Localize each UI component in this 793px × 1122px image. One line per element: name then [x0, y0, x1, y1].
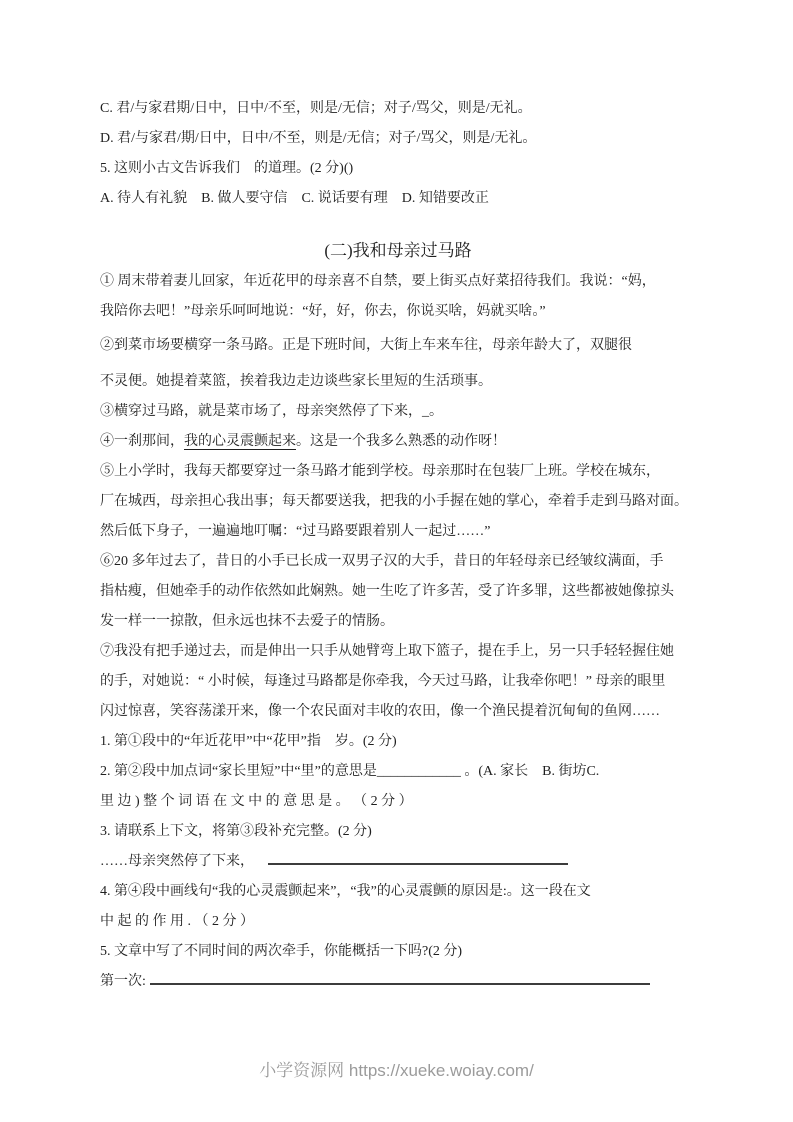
question-5: 5. 文章中写了不同时间的两次牵手，你能概括一下吗?(2 分) [100, 937, 696, 967]
paragraph-6-line-2: 指枯瘦，但她牵手的动作依然如此娴熟。她一生吃了许多苦，受了许多罪，这些都被她像掠… [100, 577, 696, 607]
question-5-answer-blank [150, 970, 650, 985]
paragraph-4: ④一刹那间，我的心灵震颤起来。这是一个我多么熟悉的动作呀！ [100, 427, 696, 457]
paragraph-7-line-3: 闪过惊喜，笑容荡漾开来，像一个农民面对丰收的农田，像一个渔民提着沉甸甸的鱼网…… [100, 697, 696, 727]
paragraph-4-underlined-phrase: 我的心灵震颤起来 [184, 434, 296, 449]
question-3-answer-label: ……母亲突然停了下来， [100, 854, 254, 869]
question-5-ancient-stem: 5. 这则小古文告诉我们 的道理。(2 分)() [100, 154, 696, 184]
watermark-site-url: https://xueke.woiay.com/ [349, 1061, 534, 1080]
paragraph-2-line-2: 不灵便。她提着菜篮，挨着我边走边谈些家长里短的生活琐事。 [100, 367, 696, 397]
question-5-answer-line: 第一次: [100, 967, 696, 997]
question-1: 1. 第①段中的“年近花甲”中“花甲”指 岁。(2 分) [100, 727, 696, 757]
paragraph-6-line-1: ⑥20 多年过去了，昔日的小手已长成一双男子汉的大手，昔日的年轻母亲已经皱纹满面… [100, 547, 696, 577]
exam-page: C. 君/与家君期/日中，日中/不至，则是/无信；对子/骂父，则是/无礼。 D.… [0, 0, 793, 1122]
question-3-answer-line: ……母亲突然停了下来， [100, 847, 696, 877]
paragraph-4-post: 。这是一个我多么熟悉的动作呀！ [296, 434, 506, 449]
exam-content: C. 君/与家君期/日中，日中/不至，则是/无信；对子/骂父，则是/无礼。 D.… [100, 94, 696, 997]
paragraph-6-line-3: 发一样一一掠散，但永远也抹不去爱子的情肠。 [100, 607, 696, 637]
question-2-line-2: 里 边 ) 整 个 词 语 在 文 中 的 意 思 是 。 （ 2 分 ） [100, 787, 696, 817]
question-3-answer-blank [268, 850, 568, 865]
watermark-site-name: 小学资源网 [259, 1061, 344, 1080]
paragraph-2-line-1: ②到菜市场要横穿一条马路。正是下班时间，大街上车来车往，母亲年龄大了，双腿很 [100, 331, 696, 361]
paragraph-4-pre: ④一刹那间， [100, 434, 184, 449]
question-5-ancient-options: A. 待人有礼貌 B. 做人要守信 C. 说话要有理 D. 知错要改正 [100, 184, 696, 214]
paragraph-7-line-1: ⑦我没有把手递过去，而是伸出一只手从她臂弯上取下篮子，提在手上，另一只手轻轻握住… [100, 637, 696, 667]
paragraph-5-line-2: 厂在城西，母亲担心我出事；每天都要送我，把我的小手握在她的掌心，牵着手走到马路对… [100, 487, 696, 517]
paragraph-1-line-2: 我陪你去吧！”母亲乐呵呵地说：“好，好，你去，你说买啥，妈就买啥。” [100, 297, 696, 327]
paragraph-5-line-1: ⑤上小学时，我每天都要穿过一条马路才能到学校。母亲那时在包装厂上班。学校在城东， [100, 457, 696, 487]
option-line-c: C. 君/与家君期/日中，日中/不至，则是/无信；对子/骂父，则是/无礼。 [100, 94, 696, 124]
option-line-d: D. 君/与家君/期/日中，日中/不至，则是/无信；对子/骂父，则是/无礼。 [100, 124, 696, 154]
watermark-footer: 小学资源网 https://xueke.woiay.com/ [0, 1056, 793, 1081]
question-4-line-1: 4. 第④段中画线句“我的心灵震颤起来”，“我”的心灵震颤的原因是:。这一段在文 [100, 877, 696, 907]
question-4-line-2: 中 起 的 作 用 . （ 2 分 ） [100, 907, 696, 937]
paragraph-3: ③横穿过马路，就是菜市场了，母亲突然停了下来，_。 [100, 397, 696, 427]
reading-section-title: (二)我和母亲过马路 [100, 235, 696, 267]
paragraph-7-line-2: 的手，对她说：“ 小时候，每逢过马路都是你牵我，今天过马路，让我牵你吧！” 母亲… [100, 667, 696, 697]
question-3: 3. 请联系上下文，将第③段补充完整。(2 分) [100, 817, 696, 847]
paragraph-5-line-3: 然后低下身子，一遍遍地叮嘱：“过马路要跟着别人一起过……” [100, 517, 696, 547]
question-2-line-1: 2. 第②段中加点词“家长里短”中“里”的意思是____________ 。(A… [100, 757, 696, 787]
paragraph-1-line-1: ① 周末带着妻儿回家，年近花甲的母亲喜不自禁，要上街买点好菜招待我们。我说：“妈… [100, 267, 696, 297]
question-5-answer-label: 第一次: [100, 974, 146, 989]
